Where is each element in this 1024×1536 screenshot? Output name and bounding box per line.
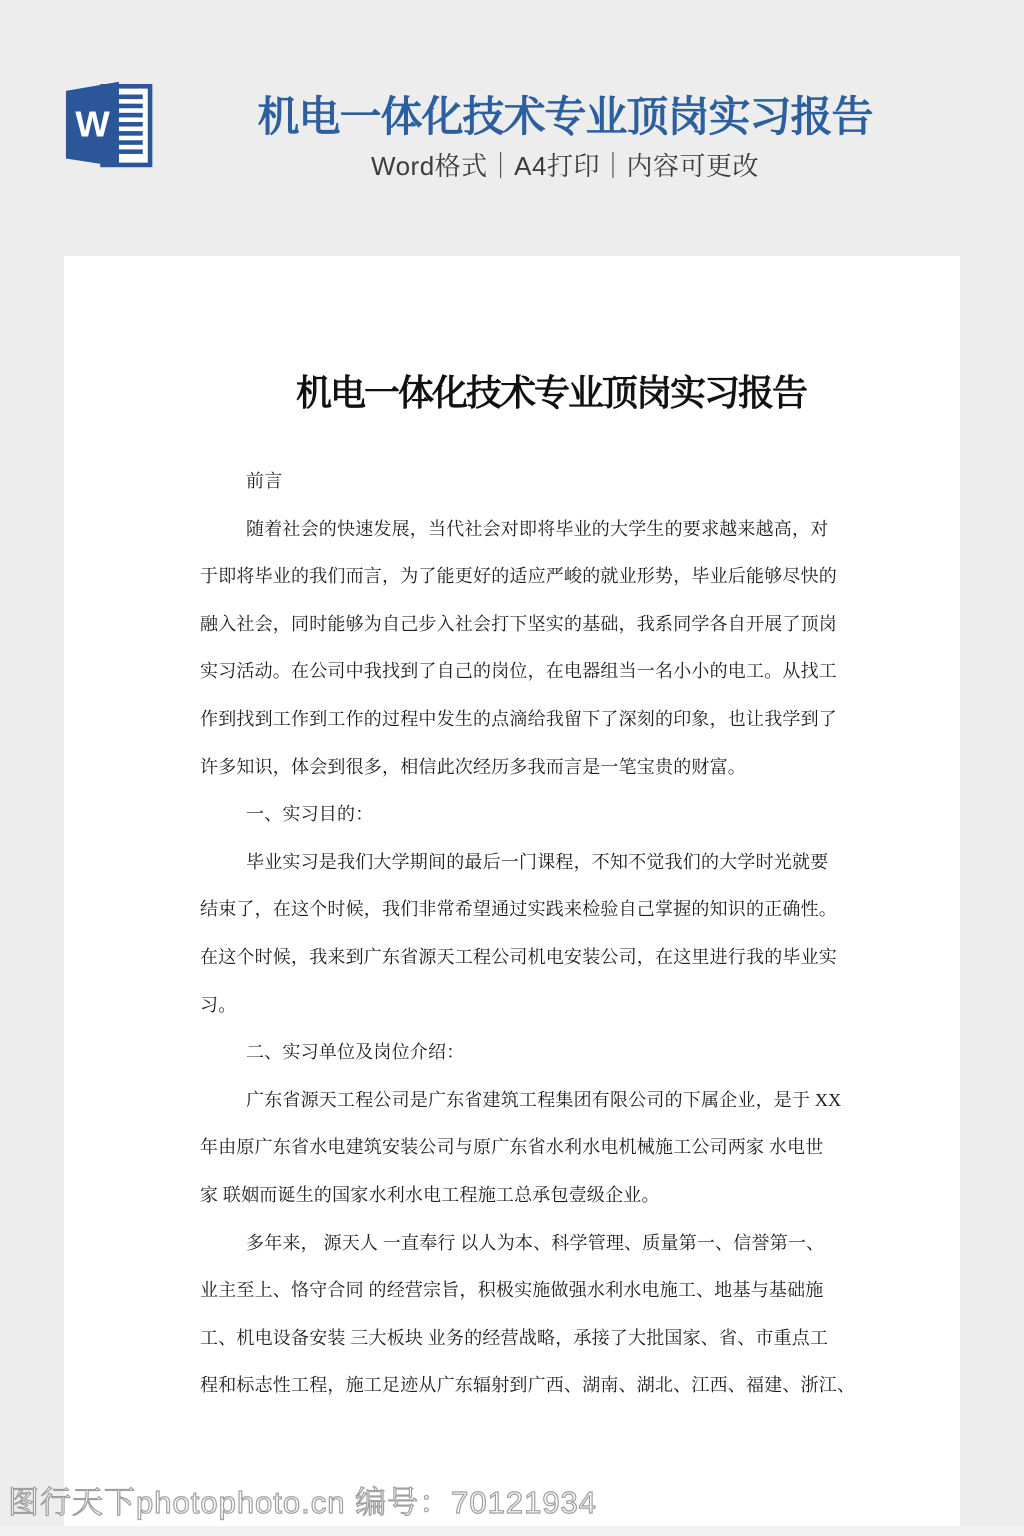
doc-line: 结束了，在这个时候，我们非常希望通过实践来检验自己掌握的知识的正确性。 — [200, 886, 836, 934]
doc-line: 广东省源天工程公司是广东省建筑工程集团有限公司的下属企业，是于 XX — [200, 1077, 836, 1125]
doc-line: 年由原广东省水电建筑安装公司与原广东省水利水电机械施工公司两家 水电世 — [200, 1124, 836, 1172]
doc-line: 作到找到工作到工作的过程中发生的点滴给我留下了深刻的印象，也让我学到了 — [200, 696, 836, 744]
header-subtitle: Word格式｜A4打印｜内容可更改 — [160, 152, 970, 180]
doc-line: 前言 — [200, 458, 836, 506]
doc-line: 实习活动。在公司中我找到了自己的岗位，在电器组当一名小小的电工。从找工 — [200, 648, 836, 696]
doc-line: 多年来， 源天人 一直奉行 以人为本、科学管理、质量第一、信誉第一、 — [200, 1220, 836, 1268]
doc-line: 融入社会，同时能够为自己步入社会打下坚实的基础，我系同学各自开展了顶岗 — [200, 601, 836, 649]
doc-line: 业主至上、恪守合同 的经营宗旨，积极实施做强水利水电施工、地基与基础施 — [200, 1267, 836, 1315]
doc-line: 工、机电设备安装 三大板块 业务的经营战略，承接了大批国家、省、市重点工 — [200, 1315, 836, 1363]
page-canvas: W 机电一体化技术专业顶岗实习报告 Word格式｜A4打印｜内容可更改 机电一体… — [0, 0, 1024, 1536]
doc-line: 在这个时候，我来到广东省源天工程公司机电安装公司，在这里进行我的毕业实 — [200, 934, 836, 982]
word-icon-letter: W — [75, 104, 110, 145]
doc-line: 一、实习目的： — [200, 791, 836, 839]
document-title: 机电一体化技术专业顶岗实习报告 — [103, 256, 999, 418]
word-file-icon: W — [62, 79, 154, 175]
document-page: 机电一体化技术专业顶岗实习报告 前言随着社会的快速发展，当代社会对即将毕业的大学… — [64, 256, 960, 1527]
doc-line: 程和标志性工程，施工足迹从广东辐射到广西、湖南、湖北、江西、福建、浙江、 — [200, 1362, 836, 1410]
doc-line: 家 联姻而诞生的国家水利水电工程施工总承包壹级企业。 — [200, 1172, 836, 1220]
doc-body: 前言随着社会的快速发展，当代社会对即将毕业的大学生的要求越来越高，对于即将毕业的… — [200, 458, 836, 1410]
header-title: 机电一体化技术专业顶岗实习报告 — [160, 94, 970, 140]
site-watermark: 图行天下photophoto.cn 编号：70121934 — [8, 1486, 597, 1520]
doc-line: 习。 — [200, 982, 836, 1030]
doc-line: 二、实习单位及岗位介绍： — [200, 1029, 836, 1077]
header-text-block: 机电一体化技术专业顶岗实习报告 Word格式｜A4打印｜内容可更改 — [160, 94, 970, 180]
doc-line: 毕业实习是我们大学期间的最后一门课程，不知不觉我们的大学时光就要 — [200, 839, 836, 887]
doc-line: 许多知识，体会到很多，相信此次经历多我而言是一笔宝贵的财富。 — [200, 744, 836, 792]
bottom-strip — [0, 1526, 1024, 1536]
doc-line: 于即将毕业的我们而言，为了能更好的适应严峻的就业形势，毕业后能够尽快的 — [200, 553, 836, 601]
doc-line: 随着社会的快速发展，当代社会对即将毕业的大学生的要求越来越高，对 — [200, 506, 836, 554]
word-icon-graphic: W — [62, 79, 154, 175]
